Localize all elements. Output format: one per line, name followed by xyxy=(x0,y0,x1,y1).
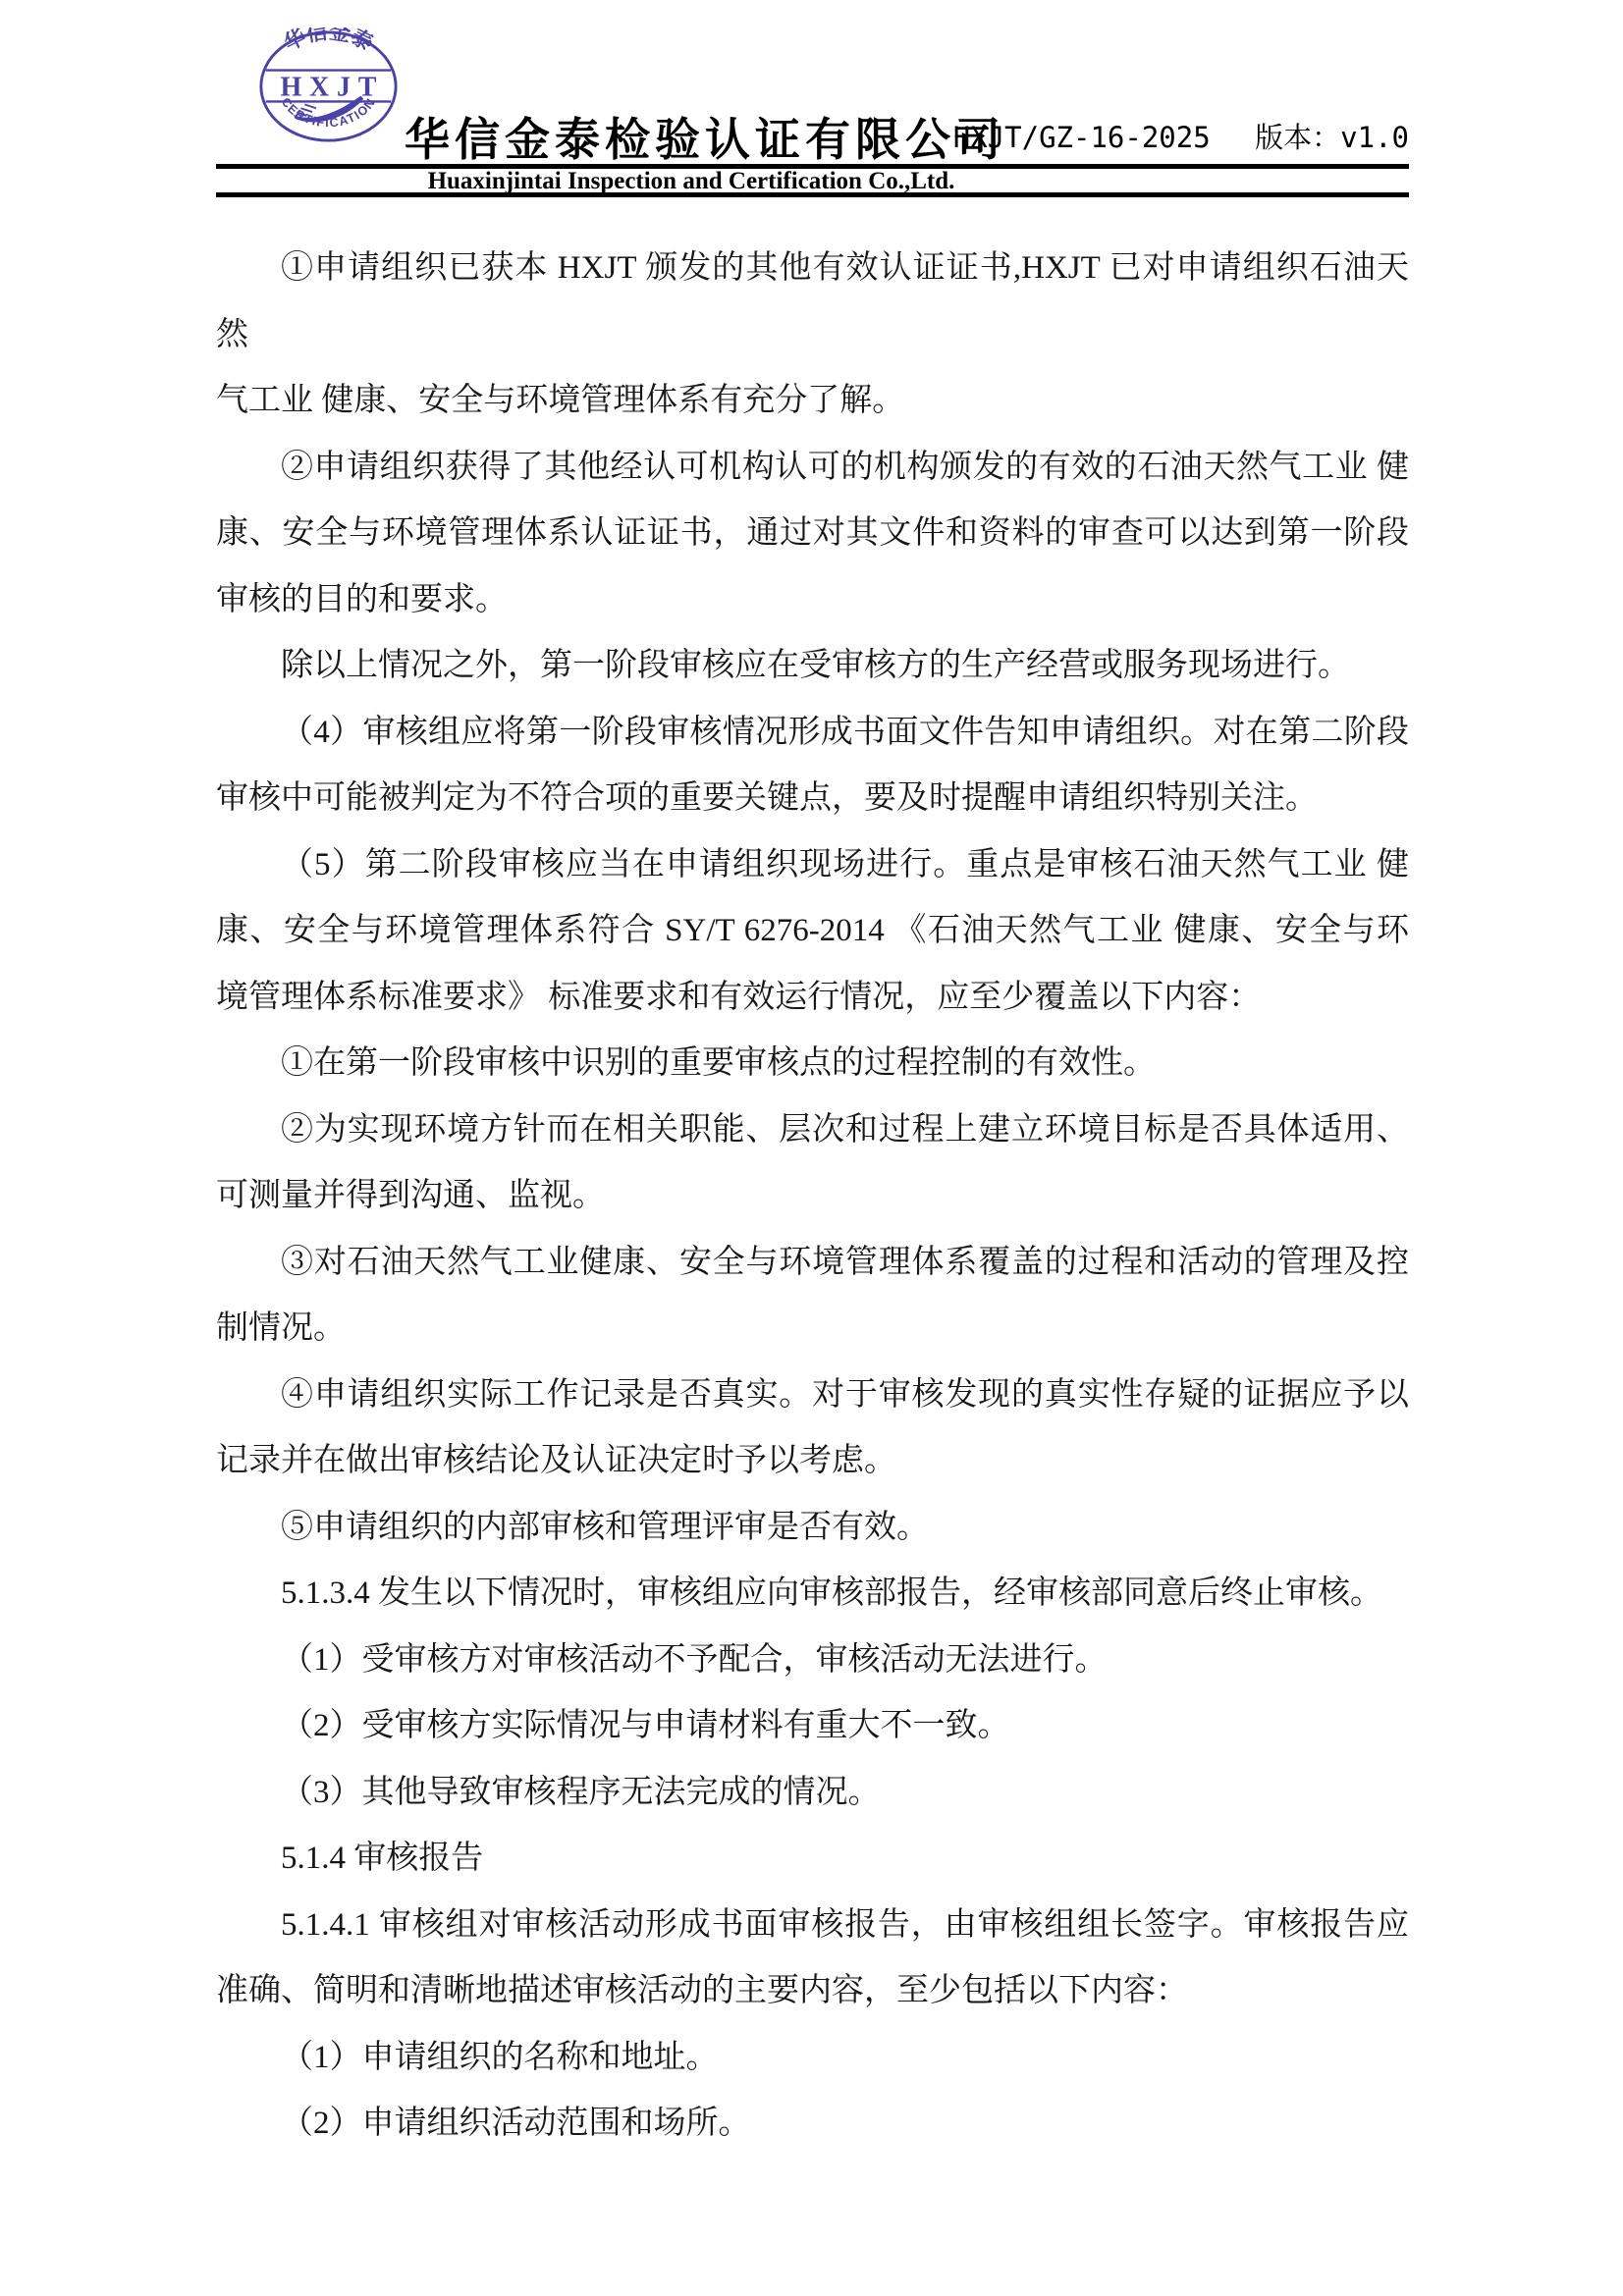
body-text-line: ⑤申请组织的内部审核和管理评审是否有效。 xyxy=(216,1495,1409,1562)
document-number: HXJT/GZ-16-2025 xyxy=(953,121,1211,154)
body-text-line: ②为实现环境方针而在相关职能、层次和过程上建立环境目标是否具体适用、 xyxy=(216,1097,1409,1164)
document-body: ①申请组织已获本 HXJT 颁发的其他有效认证证书,HXJT 已对申请组织石油天… xyxy=(216,236,1409,2158)
company-logo-seal: 华信金泰 HXJT CERTIFICATION xyxy=(257,27,400,145)
body-text-line: 5.1.4.1 审核组对审核活动形成书面审核报告，由审核组组长签字。审核报告应 xyxy=(216,1893,1409,1959)
body-text-line: （1）申请组织的名称和地址。 xyxy=(216,2025,1409,2092)
body-text-line: 5.1.3.4 发生以下情况时，审核组应向审核部报告，经审核部同意后终止审核。 xyxy=(216,1561,1409,1628)
body-text-line: （2）受审核方实际情况与申请材料有重大不一致。 xyxy=(216,1693,1409,1760)
body-text-line: ④申请组织实际工作记录是否真实。对于审核发现的真实性存疑的证据应予以 xyxy=(216,1362,1409,1429)
body-text-line: （1）受审核方对审核活动不予配合，审核活动无法进行。 xyxy=(216,1628,1409,1694)
body-text-line: 康、安全与环境管理体系符合 SY/T 6276-2014 《石油天然气工业 健康… xyxy=(216,898,1409,965)
body-text-line: （5）第二阶段审核应当在申请组织现场进行。重点是审核石油天然气工业 健 xyxy=(216,832,1409,899)
body-text-line: 制情况。 xyxy=(216,1296,1409,1362)
body-text-line: 记录并在做出审核结论及认证决定时予以考虑。 xyxy=(216,1428,1409,1495)
body-text-line: 康、安全与环境管理体系认证证书，通过对其文件和资料的审查可以达到第一阶段 xyxy=(216,501,1409,567)
body-text-line: ②申请组织获得了其他经认可机构认可的机构颁发的有效的石油天然气工业 健 xyxy=(216,435,1409,502)
body-text-line: 5.1.4 审核报告 xyxy=(216,1826,1409,1893)
body-text-line: ①申请组织已获本 HXJT 颁发的其他有效认证证书,HXJT 已对申请组织石油天… xyxy=(216,236,1409,368)
document-page: 华信金泰 HXJT CERTIFICATION 华信金泰检验认证有限公司 HXJ… xyxy=(0,0,1623,2296)
body-text-line: （3）其他导致审核程序无法完成的情况。 xyxy=(216,1760,1409,1827)
company-name-chinese: 华信金泰检验认证有限公司 xyxy=(405,104,1005,169)
body-text-line: 准确、简明和清晰地描述审核活动的主要内容，至少包括以下内容： xyxy=(216,1958,1409,2025)
body-text-line: ③对石油天然气工业健康、安全与环境管理体系覆盖的过程和活动的管理及控 xyxy=(216,1230,1409,1297)
body-text-line: 审核中可能被判定为不符合项的重要关键点，要及时提醒申请组织特别关注。 xyxy=(216,766,1409,832)
body-text-line: ①在第一阶段审核中识别的重要审核点的过程控制的有效性。 xyxy=(216,1031,1409,1097)
header-rule-bottom xyxy=(216,192,1409,197)
document-code: HXJT/GZ-16-2025 版本：v1.0 xyxy=(953,116,1409,156)
company-name-english: Huaxinjintai Inspection and Certificatio… xyxy=(216,168,1166,195)
body-text-line: 审核的目的和要求。 xyxy=(216,567,1409,634)
body-text-line: （4）审核组应将第一阶段审核情况形成书面文件告知申请组织。对在第二阶段 xyxy=(216,700,1409,767)
body-text-line: 气工业 健康、安全与环境管理体系有充分了解。 xyxy=(216,368,1409,435)
body-text-line: 除以上情况之外，第一阶段审核应在受审核方的生产经营或服务现场进行。 xyxy=(216,633,1409,700)
body-text-line: 可测量并得到沟通、监视。 xyxy=(216,1163,1409,1230)
body-text-line: 境管理体系标准要求》 标准要求和有效运行情况，应至少覆盖以下内容： xyxy=(216,965,1409,1032)
version-label: 版本：v1.0 xyxy=(1255,121,1409,154)
body-text-line: （2）申请组织活动范围和场所。 xyxy=(216,2091,1409,2158)
